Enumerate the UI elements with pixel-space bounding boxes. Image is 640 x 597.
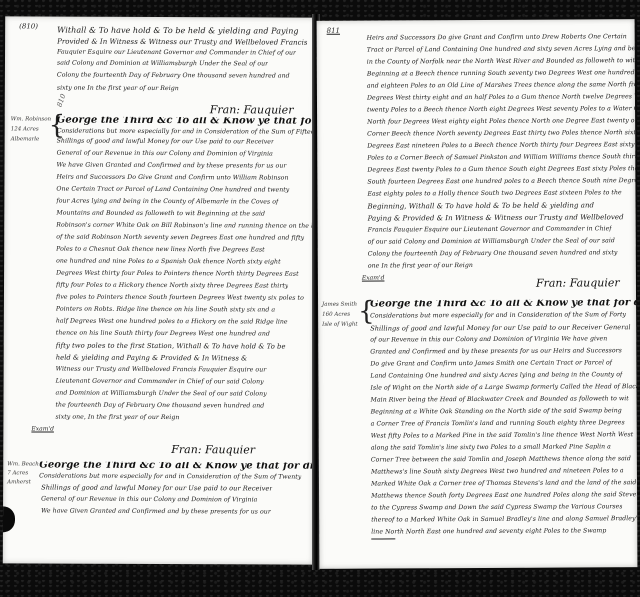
text-line: sixty one, In the first year of our Reig… [55, 414, 179, 423]
left-page: (810) Withall & To have hold & To be hel… [3, 16, 315, 564]
text-line: Shillings of good and lawful Money for o… [370, 323, 630, 332]
text-line: of the said Robinson North seventy seven… [56, 234, 304, 243]
ink-blot [3, 506, 15, 532]
text-line: Degrees West thirty four Poles to Pointe… [56, 270, 299, 279]
text-line: Beginning at a Beech thence running Sout… [367, 69, 635, 78]
text-line: Do give Grant and Confirm unto James Smi… [370, 359, 612, 368]
text-line: Land Containing One hundred and sixty Ac… [370, 371, 622, 380]
text-line: Considerations but more especially for a… [370, 311, 626, 320]
text-line: Colony the fourteenth Day of February On… [368, 249, 618, 258]
text-line: line North North East one hundred and se… [371, 527, 606, 536]
text-line: Isle of Wight on the North side of a Lar… [370, 383, 637, 393]
text-line: Provided & In Witness & Witness our Trus… [57, 38, 307, 47]
text-line: Matthews's line South sixty Degrees West… [371, 467, 624, 476]
margin-note-grantee: Wm. Beach [7, 460, 39, 469]
text-line: a Corner Tree of Francis Tomlin's land a… [371, 419, 625, 428]
folio-number: 811 [327, 27, 340, 35]
text-line: West fifty Poles to a Marked Pine in the… [371, 431, 634, 440]
text-line: Main River being the Head of Blackwater … [371, 395, 629, 404]
signature: Fran: Fauquier [210, 103, 294, 116]
margin-note-grantee: James Smith [322, 301, 357, 310]
text-line: Granted and Confirmed and by these prese… [370, 347, 622, 356]
examined-note: Exam'd [362, 274, 385, 281]
text-line: Tract or Parcel of Land Containing One h… [367, 45, 638, 54]
text-line: held & yielding and Paying & Provided & … [56, 354, 248, 363]
text-line: of our said Colony and Dominion at Willi… [368, 237, 615, 246]
text-line: General of our Revenue in this our Colon… [41, 495, 257, 504]
text-line: fifty two poles to the first Station, Wi… [56, 342, 286, 351]
signature: Fran: Fauquier [171, 443, 255, 456]
margin-note-county: Amherst [7, 478, 31, 487]
margin-note-grantee: Wm. Robinson [11, 115, 51, 124]
text-line: sixty one In the first year of our Reign [57, 85, 179, 94]
text-line: half Degrees West one hundred poles to a… [56, 318, 288, 327]
text-line: Poles to a Chesnut Oak thence new lines … [56, 246, 265, 255]
text-line: Degrees West thirty eight and an half Po… [367, 93, 637, 102]
text-line: George the Third &c To all & Know ye tha… [370, 298, 637, 309]
text-line: Beginning at a White Oak Standing on the… [371, 407, 622, 416]
text-line: and eighteen Poles to an Old Line of Mar… [367, 81, 638, 90]
text-line: Robinson's corner White Oak on Bill Robi… [56, 222, 315, 231]
text-line: four Acres lying and being in the County… [56, 198, 278, 207]
text-line: Poles to a Corner Beech of Samuel Pinkst… [367, 153, 637, 163]
signature: Fran: Fauquier [536, 276, 620, 289]
text-line: said Colony and Dominion at Williamsburg… [57, 60, 268, 69]
text-line: Matthews thence South forty Degrees East… [371, 491, 637, 501]
text-line: Witness our Trusty and Wellbeloved Franc… [56, 366, 267, 375]
text-line: Francis Fauquier Esquire our Lieutenant … [368, 225, 612, 234]
text-line: one In the first year of our Reign [368, 262, 473, 271]
text-line: We have Given Granted and Confirmed and … [57, 162, 287, 171]
text-line: twenty Poles to a Beech thence North eig… [367, 105, 637, 115]
text-line: Corner Beech thence North seventy Degree… [367, 129, 637, 139]
text-line: Shillings of good and lawful Money for o… [57, 138, 274, 147]
text-line: the fourteenth Day of February One thous… [55, 402, 264, 411]
text-line: and Dominion at Williamsburgh Under the … [56, 390, 267, 399]
text-line: Heirs and Successors Do give Grant and C… [367, 33, 627, 42]
folio-number: (810) [19, 22, 38, 30]
margin-note-acres: 124 Acres [11, 125, 39, 134]
text-line: Corner Tree between the said Tomlin and … [371, 455, 631, 464]
text-line: Withall & To have hold & To be held & yi… [57, 27, 298, 36]
text-line: to the Cypress Swamp and Down the said C… [371, 503, 623, 512]
page-mark: 810 [55, 93, 67, 108]
text-line: East eighty poles to a Holly thence Sout… [367, 189, 621, 198]
text-line: in the County of Norfolk near the North … [367, 57, 635, 66]
text-line: Pointers on Robts. Ridge line thence on … [56, 306, 275, 315]
text-line: Fauquier Esquire our Lieutenant Governor… [57, 49, 296, 58]
text-line: Colony the fourteenth Day of February On… [57, 72, 290, 81]
text-line: thereof to a Marked White Oak in Samuel … [371, 515, 637, 524]
text-line: North four Degrees West eighty eight Pol… [367, 117, 637, 127]
text-line: Marked White Oak a Corner tree of Thomas… [371, 479, 636, 488]
margin-note-acres: 7 Acres [7, 469, 28, 478]
text-line: of our Revenue in this our Colony and Do… [370, 335, 607, 344]
text-line: along the said Tomlin's line sixty two P… [371, 443, 611, 452]
right-page: 811 Heirs and Successors Do give Grant a… [317, 19, 638, 569]
text-line: Paying & Provided & In Witness & Witness… [368, 213, 624, 222]
text-line: South fourteen Degrees East one hundred … [367, 177, 637, 186]
text-line: Shillings of good and lawful Money for o… [41, 483, 272, 492]
text-line: Considerations but more especially for a… [39, 472, 301, 481]
text-line: General of our Revenue in this our Colon… [57, 150, 273, 159]
text-line: We have Given Granted and Confirmed and … [41, 507, 271, 516]
margin-note-acres: 160 Acres [322, 311, 350, 320]
margin-note-county: Isle of Wight [322, 321, 357, 330]
underline-mark [371, 538, 395, 539]
text-line: thence on his line South thirty four Deg… [56, 330, 270, 339]
examined-note: Exam'd [31, 425, 54, 432]
text-line: Lieutenant Governor and Commander in Chi… [56, 378, 264, 387]
text-line: Considerations but more especially for a… [57, 128, 316, 137]
text-line: Degrees East twenty Poles to a Gum thenc… [367, 165, 637, 174]
text-line: Beginning, Withall & To have hold & To b… [368, 201, 595, 210]
text-line: George the Third &c To all & Know ye tha… [57, 117, 315, 128]
text-line: one hundred and nine Poles to a Spanish … [56, 258, 281, 267]
text-line: One Certain Tract or Parcel of Land Cont… [56, 186, 289, 195]
text-line: George the Third &c To all & Know ye tha… [39, 461, 315, 472]
margin-note-county: Albemarle [11, 135, 40, 144]
text-line: five poles to Pointers thence South four… [56, 294, 304, 303]
text-line: Heirs and Successors Do Give Grant and C… [56, 174, 288, 183]
text-line: fifty four Poles to a Hickory thence Nor… [56, 282, 288, 291]
text-line: Degrees East nineteen Poles to a Beech t… [367, 141, 637, 150]
text-line: Mountains and Bounded as followeth to wi… [56, 210, 265, 219]
